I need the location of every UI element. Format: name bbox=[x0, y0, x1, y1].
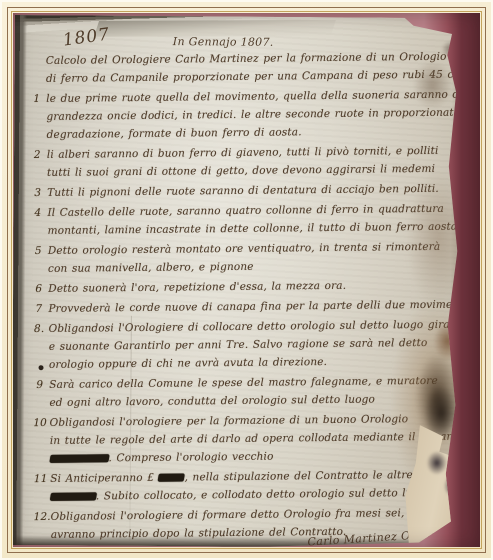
item-number: 3 bbox=[30, 184, 45, 202]
item-number: 9 bbox=[32, 376, 47, 394]
line-text: tutti li suoi grani di ottone di getto, … bbox=[45, 160, 435, 182]
item-number bbox=[31, 260, 46, 278]
manuscript-line: degradazione, formate di buon ferro di a… bbox=[30, 122, 463, 145]
stain-right-middle bbox=[405, 168, 472, 308]
manuscript-paper: 1807 In Gennajo 1807. Calcolo del Orolog… bbox=[13, 15, 468, 547]
manuscript-line: con sua manivella, albero, e pignone bbox=[31, 256, 464, 279]
ink-blot-1 bbox=[424, 448, 450, 478]
stain-top-right bbox=[412, 60, 452, 110]
item-number bbox=[30, 164, 45, 182]
ink-blot-dot bbox=[39, 365, 44, 370]
line-text: montanti, lamine incastrate in dette col… bbox=[46, 218, 461, 240]
item-number: 12. bbox=[34, 508, 49, 526]
line-text: Detto suonerà l'ora, repetizione d'essa,… bbox=[46, 277, 346, 298]
framed-manuscript-photo: 1807 In Gennajo 1807. Calcolo del Orolog… bbox=[0, 0, 493, 560]
item-number: 2 bbox=[30, 146, 45, 164]
manuscript-line: 6Detto suonerà l'ora, repetizione d'essa… bbox=[31, 276, 464, 299]
item-number bbox=[29, 70, 44, 88]
item-number: 1 bbox=[29, 90, 44, 108]
manuscript-line: di ferro da Campanile proporzionate per … bbox=[29, 66, 462, 89]
line-text: degradazione, formate di buon ferro di a… bbox=[45, 123, 302, 144]
item-number: 7 bbox=[31, 300, 46, 318]
item-number bbox=[33, 432, 48, 450]
redacted-text bbox=[158, 473, 185, 481]
item-number bbox=[33, 488, 48, 506]
item-number bbox=[33, 450, 48, 468]
manuscript-line: tutti li suoi grani di ottone di getto, … bbox=[30, 160, 463, 183]
dark-left-edge bbox=[13, 15, 27, 545]
manuscript-line: . Subito collocato, e collodato detto or… bbox=[33, 484, 466, 507]
ink-blot-2 bbox=[442, 473, 462, 499]
line-text: . Subito collocato, e collodato detto or… bbox=[48, 484, 432, 506]
redacted-text bbox=[49, 454, 109, 463]
line-text: . Compreso l'orologio vecchio bbox=[48, 448, 274, 468]
item-number: 4 bbox=[30, 204, 45, 222]
item-number bbox=[30, 126, 45, 144]
manuscript-photo: 1807 In Gennajo 1807. Calcolo del Orolog… bbox=[13, 13, 480, 547]
paper-fold bbox=[93, 20, 334, 37]
item-number bbox=[32, 338, 47, 356]
item-number bbox=[32, 394, 47, 412]
line-text: Tutti li pignoni delle ruote saranno di … bbox=[45, 180, 439, 202]
line-text: avranno principio dopo la stipulazione d… bbox=[49, 523, 347, 544]
manuscript-line: 7Provvederà le corde nuove di canapa fin… bbox=[31, 296, 464, 319]
stain-top-right-dark bbox=[439, 38, 465, 60]
item-number bbox=[34, 526, 49, 544]
ink-blot-3 bbox=[413, 538, 453, 547]
document-heading: In Gennajo 1807. bbox=[173, 35, 274, 49]
item-number: 5 bbox=[31, 242, 46, 260]
line-text: Obligandosi l'orologiere di formare dett… bbox=[49, 504, 405, 526]
item-number: 11 bbox=[33, 470, 48, 488]
redacted-text bbox=[50, 492, 97, 500]
line-text: Provvederà le corde nuove di canapa fina… bbox=[46, 296, 467, 318]
line-text: con sua manivella, albero, e pignone bbox=[46, 258, 254, 278]
line-text: ed ogni altro lavoro, condutta del orolo… bbox=[47, 390, 375, 411]
manuscript-lines: Calcolo del Orologiere Carlo Martinez pe… bbox=[29, 48, 467, 545]
item-number bbox=[29, 52, 44, 70]
item-number: 8. bbox=[32, 320, 47, 338]
item-number: 6 bbox=[31, 280, 46, 298]
manuscript-line: montanti, lamine incastrate in dette col… bbox=[31, 218, 464, 241]
manuscript-line: 3Tutti li pignoni delle ruote saranno di… bbox=[30, 180, 463, 203]
item-number bbox=[31, 222, 46, 240]
line-text: orologio oppure di chi ne avrà avuta la … bbox=[47, 353, 327, 374]
item-number bbox=[29, 108, 44, 126]
item-number: 10 bbox=[33, 414, 48, 432]
